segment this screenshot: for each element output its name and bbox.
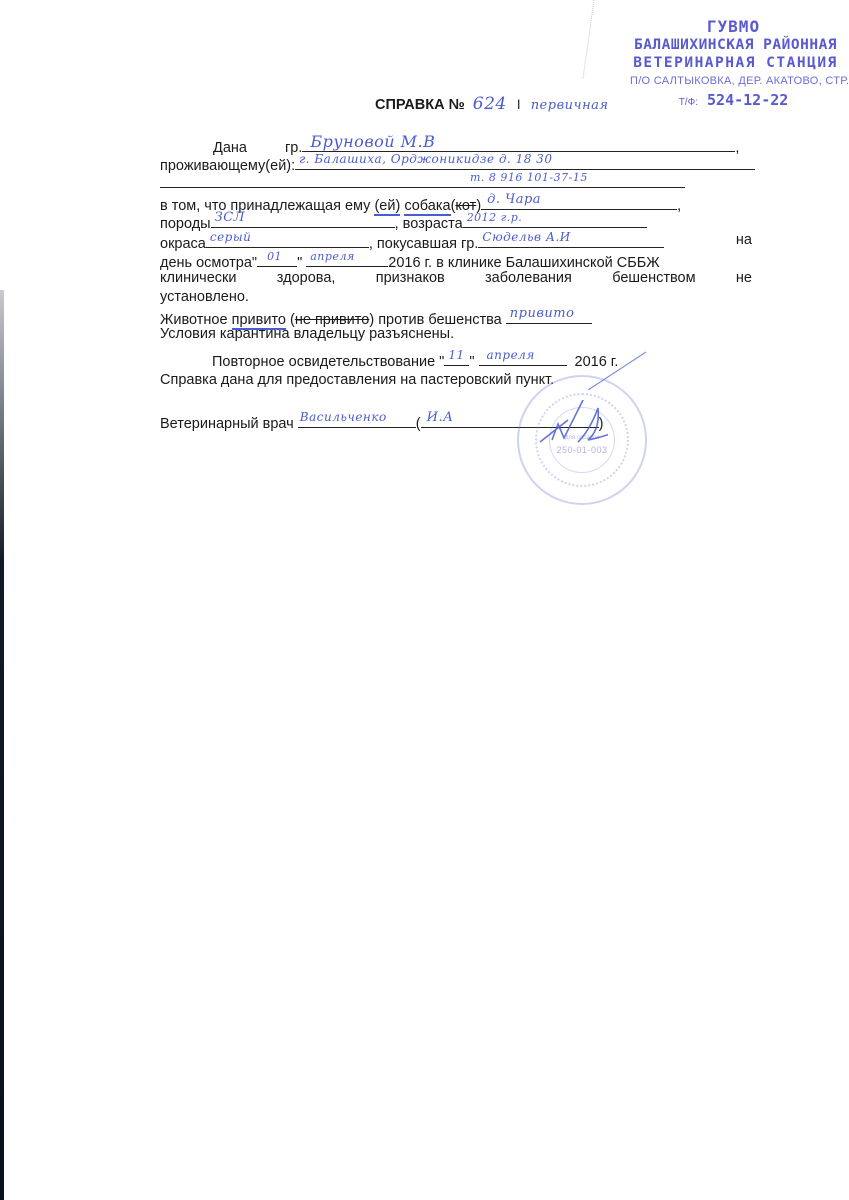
- exam-month-field: апреля: [306, 251, 388, 267]
- signature-icon: [538, 400, 608, 450]
- breed-value: ЗСЛ: [215, 209, 245, 226]
- bitten-label: , покусавшая гр.: [369, 236, 479, 252]
- stamp-org-type: ВЕТЕРИНАРНАЯ СТАНЦИЯ: [622, 54, 849, 72]
- word: клинически: [160, 270, 237, 287]
- title-separator: I: [517, 96, 521, 112]
- color-field: серый: [206, 232, 369, 248]
- stamp-phone: Т/Ф: 524-12-22: [618, 91, 849, 112]
- line-purpose: Справка дана для предоставления на пасте…: [160, 372, 554, 389]
- organization-header-stamp: ГУВМО БАЛАШИХИНСКАЯ РАЙОННАЯ ВЕТЕРИНАРНА…: [618, 18, 849, 112]
- stamp-phone-label: Т/Ф:: [679, 97, 698, 108]
- exam-year-text: 2016 г. в клинике Балашихинской СББЖ: [388, 255, 659, 271]
- citizen-name-field: Бруновой М.В: [302, 136, 735, 152]
- stamp-org-name: БАЛАШИХИНСКАЯ РАЙОННАЯ: [622, 36, 849, 54]
- faint-scan-mark: [583, 0, 615, 81]
- citizen-name: Бруновой М.В: [310, 133, 435, 150]
- age-label: , возраста: [395, 216, 463, 232]
- certificate-kind: первичная: [531, 98, 609, 113]
- animal-name-field: д. Чара: [481, 194, 677, 210]
- reexam-day: 11: [448, 347, 464, 364]
- vaccination-status: привито: [510, 305, 575, 322]
- document-title: СПРАВКА № 624 I первичная: [375, 94, 609, 114]
- age-field: 2012 г.р.: [463, 212, 647, 228]
- color-value: серый: [210, 229, 252, 246]
- on-label: на: [736, 232, 752, 253]
- bitten-person-field: Сюдельв А.И: [478, 232, 664, 248]
- stamp-phone-number: 524-12-22: [707, 91, 788, 109]
- word: бешенством: [612, 270, 695, 287]
- reexam-label: Повторное освидетельствование ": [212, 354, 444, 370]
- age-value: 2012 г.р.: [467, 209, 523, 226]
- exam-day-label: день осмотра": [160, 255, 257, 271]
- word: признаков: [376, 270, 445, 287]
- line-quarantine: Условия карантина владельцу разъяснены.: [160, 326, 454, 343]
- phone-value: т. 8 916 101-37-15: [470, 169, 588, 186]
- vet-surname: Васильченко: [300, 409, 387, 426]
- word: заболевания: [485, 270, 572, 287]
- title-label: СПРАВКА №: [375, 97, 465, 113]
- vaccination-field: привито: [506, 308, 592, 324]
- stamp-org-short: ГУВМО: [618, 18, 849, 36]
- reexam-day-field: 11: [444, 350, 469, 366]
- reexam-month-field: апреля: [479, 350, 567, 366]
- color-label: окраса: [160, 236, 206, 252]
- exam-day-field: 01: [257, 251, 297, 267]
- line-reexam: Повторное освидетельствование "11" апрел…: [212, 350, 618, 371]
- exam-day: 01: [267, 248, 282, 265]
- animal-name: д. Чара: [487, 191, 541, 208]
- line-established: установлено.: [160, 289, 249, 306]
- exam-month: апреля: [310, 248, 354, 265]
- word: здорова,: [277, 270, 336, 287]
- certificate-number: 624: [473, 94, 507, 114]
- breed-field: ЗСЛ: [211, 212, 395, 228]
- line-exam-date: день осмотра"01" апреля2016 г. в клинике…: [160, 251, 660, 272]
- word: не: [736, 270, 752, 287]
- breed-label: породы: [160, 216, 211, 232]
- reexam-month: апреля: [487, 347, 535, 364]
- line-phone: т. 8 916 101-37-15: [160, 172, 685, 193]
- line-healthy: клинически здорова, признаков заболевани…: [160, 270, 752, 287]
- pen-stroke-icon: [588, 350, 648, 390]
- vet-label: Ветеринарный врач: [160, 416, 294, 432]
- vet-initials: И.А: [427, 409, 454, 426]
- address-value: г. Балашиха, Орджоникидзе д. 18 30: [299, 151, 552, 168]
- address-field: г. Балашиха, Орджоникидзе д. 18 30: [295, 154, 755, 170]
- phone-field: т. 8 916 101-37-15: [160, 172, 685, 188]
- stamp-address: П/О САЛТЫКОВКА, ДЕР. АКАТОВО, СТР. 4: [630, 72, 849, 90]
- certificate-document: ГУВМО БАЛАШИХИНСКАЯ РАЙОННАЯ ВЕТЕРИНАРНА…: [0, 0, 849, 1200]
- vet-surname-field: Васильченко: [298, 412, 416, 428]
- line-color-bitten: окрасасерый, покусавшая гр.Сюдельв А.И н…: [160, 232, 752, 253]
- bitten-person: Сюдельв А.И: [482, 229, 570, 246]
